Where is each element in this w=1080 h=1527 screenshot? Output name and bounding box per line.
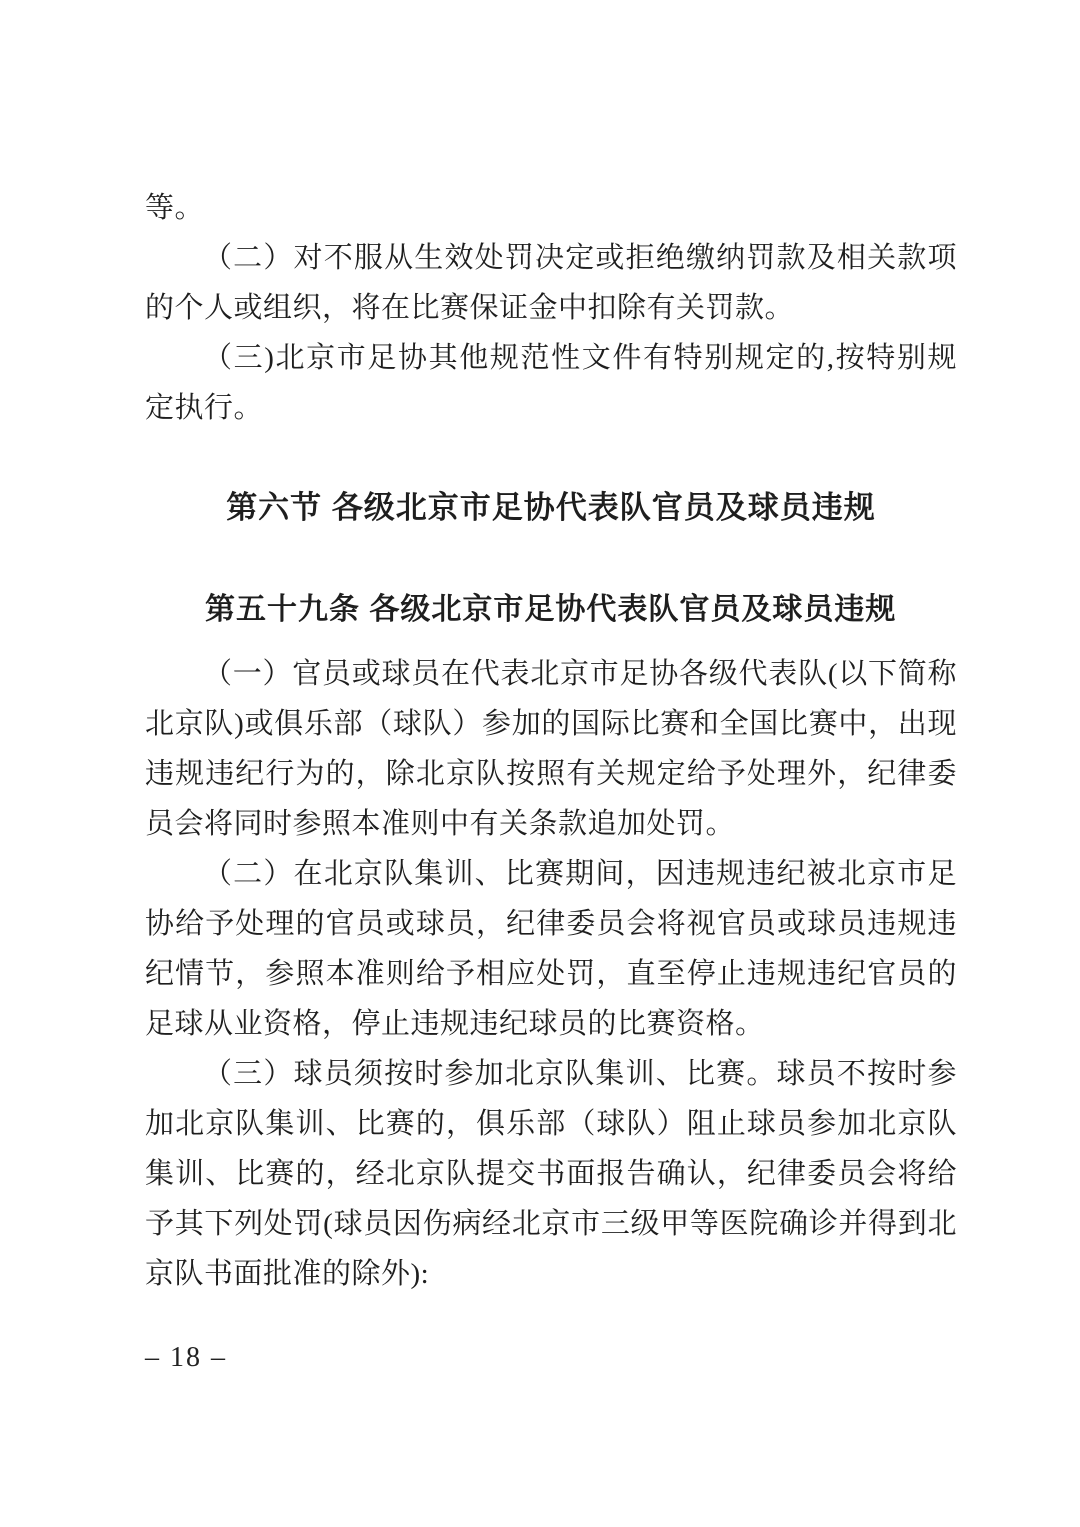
paragraph-clause-3: （三)北京市足协其他规范性文件有特别规定的,按特别规定执行。	[145, 333, 957, 433]
document-page: 等。 （二）对不服从生效处罚决定或拒绝缴纳罚款及相关款项的个人或组织，将在比赛保…	[0, 0, 1080, 1527]
paragraph-clause-2: （二）对不服从生效处罚决定或拒绝缴纳罚款及相关款项的个人或组织，将在比赛保证金中…	[145, 233, 957, 333]
paragraph-continuation: 等。	[145, 183, 957, 233]
article-heading: 第五十九条 各级北京市足协代表队官员及球员违规	[145, 585, 957, 635]
paragraph-article-clause-1: （一）官员或球员在代表北京市足协各级代表队(以下简称北京队)或俱乐部（球队）参加…	[145, 649, 957, 849]
paragraph-article-clause-3: （三）球员须按时参加北京队集训、比赛。球员不按时参加北京队集训、比赛的，俱乐部（…	[145, 1049, 957, 1299]
section-heading: 第六节 各级北京市足协代表队官员及球员违规	[145, 483, 957, 533]
paragraph-article-clause-2: （二）在北京队集训、比赛期间，因违规违纪被北京市足协给予处理的官员或球员，纪律委…	[145, 849, 957, 1049]
document-content: 等。 （二）对不服从生效处罚决定或拒绝缴纳罚款及相关款项的个人或组织，将在比赛保…	[145, 183, 957, 1299]
page-number: – 18 –	[145, 1338, 227, 1378]
